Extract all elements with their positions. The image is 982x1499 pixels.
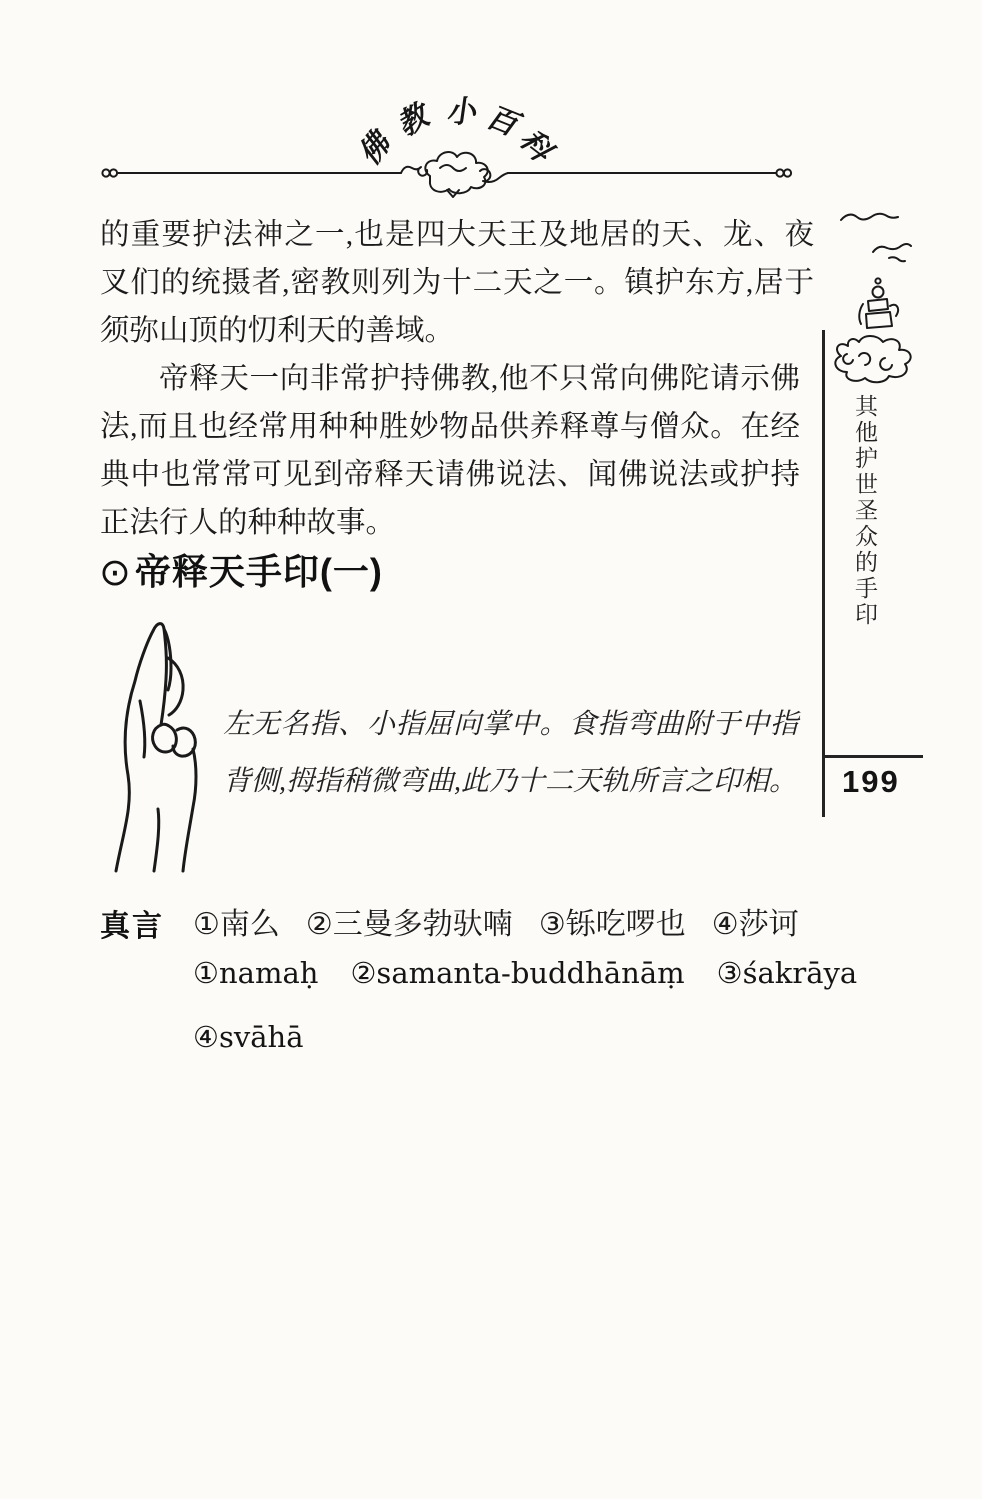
- body-paragraph-2: 帝释天一向非常护持佛教,他不只常向佛陀请示佛法,而且也经常用种种胜妙物品供养释尊…: [100, 355, 800, 547]
- mantra-chinese-item: ③铄吃啰也: [539, 899, 686, 943]
- mantra-roman-item: ①namaḥ: [193, 956, 318, 990]
- mantra-chinese-line: ①南么 ②三曼多勃驮喃 ③铄吃啰也 ④莎诃: [193, 899, 799, 943]
- page-number: 199: [842, 764, 900, 800]
- mantra-roman-line-1: ①namaḥ ②samanta-buddhānāṃ ③śakrāya: [193, 956, 857, 990]
- book-page: 佛 教 小 百 科 的重要护法神之一,也是四大天王及地居的天、龙、夜叉们的统摄者…: [0, 0, 982, 1499]
- body-paragraph-1: 的重要护法神之一,也是四大天王及地居的天、龙、夜叉们的统摄者,密教则列为十二天之…: [100, 211, 814, 355]
- mantra-chinese-item: ①南么: [193, 899, 280, 943]
- article-body: 的重要护法神之一,也是四大天王及地居的天、龙、夜叉们的统摄者,密教则列为十二天之…: [100, 211, 814, 547]
- divider-cloud-ornament-icon: [96, 148, 796, 198]
- mantra-chinese-item: ②三曼多勃驮喃: [306, 899, 513, 943]
- section-heading-text: 帝释天手印(一): [135, 550, 383, 594]
- mantra-roman-item: ③śakrāya: [717, 956, 858, 990]
- sidebar-vertical-rule: [822, 330, 825, 817]
- mantra-roman-item: ④svāhā: [193, 1020, 304, 1054]
- deity-on-clouds-illustration: [823, 204, 919, 384]
- section-bullet-icon: ⊙: [99, 550, 132, 594]
- book-title-char: 教: [387, 91, 435, 144]
- sidebar-horizontal-rule: [822, 755, 923, 758]
- mudra-description: 左无名指、小指屈向掌中。食指弯曲附于中指背侧,拇指稍微弯曲,此乃十二天轨所言之印…: [223, 696, 798, 810]
- mudra-hand-illustration: [92, 617, 232, 873]
- section-heading: ⊙ 帝释天手印(一): [99, 550, 383, 594]
- book-title-char: 百: [481, 92, 525, 144]
- mantra-roman-item: ②samanta-buddhānāṃ: [350, 956, 684, 990]
- mantra-roman-line-2: ④svāhā: [193, 1020, 304, 1054]
- sidebar-chapter-title: 其他护世圣众的手印: [848, 394, 881, 639]
- book-title-char: 小: [443, 86, 477, 133]
- mantra-chinese-item: ④莎诃: [712, 899, 799, 943]
- mantra-label: 真言: [100, 901, 164, 945]
